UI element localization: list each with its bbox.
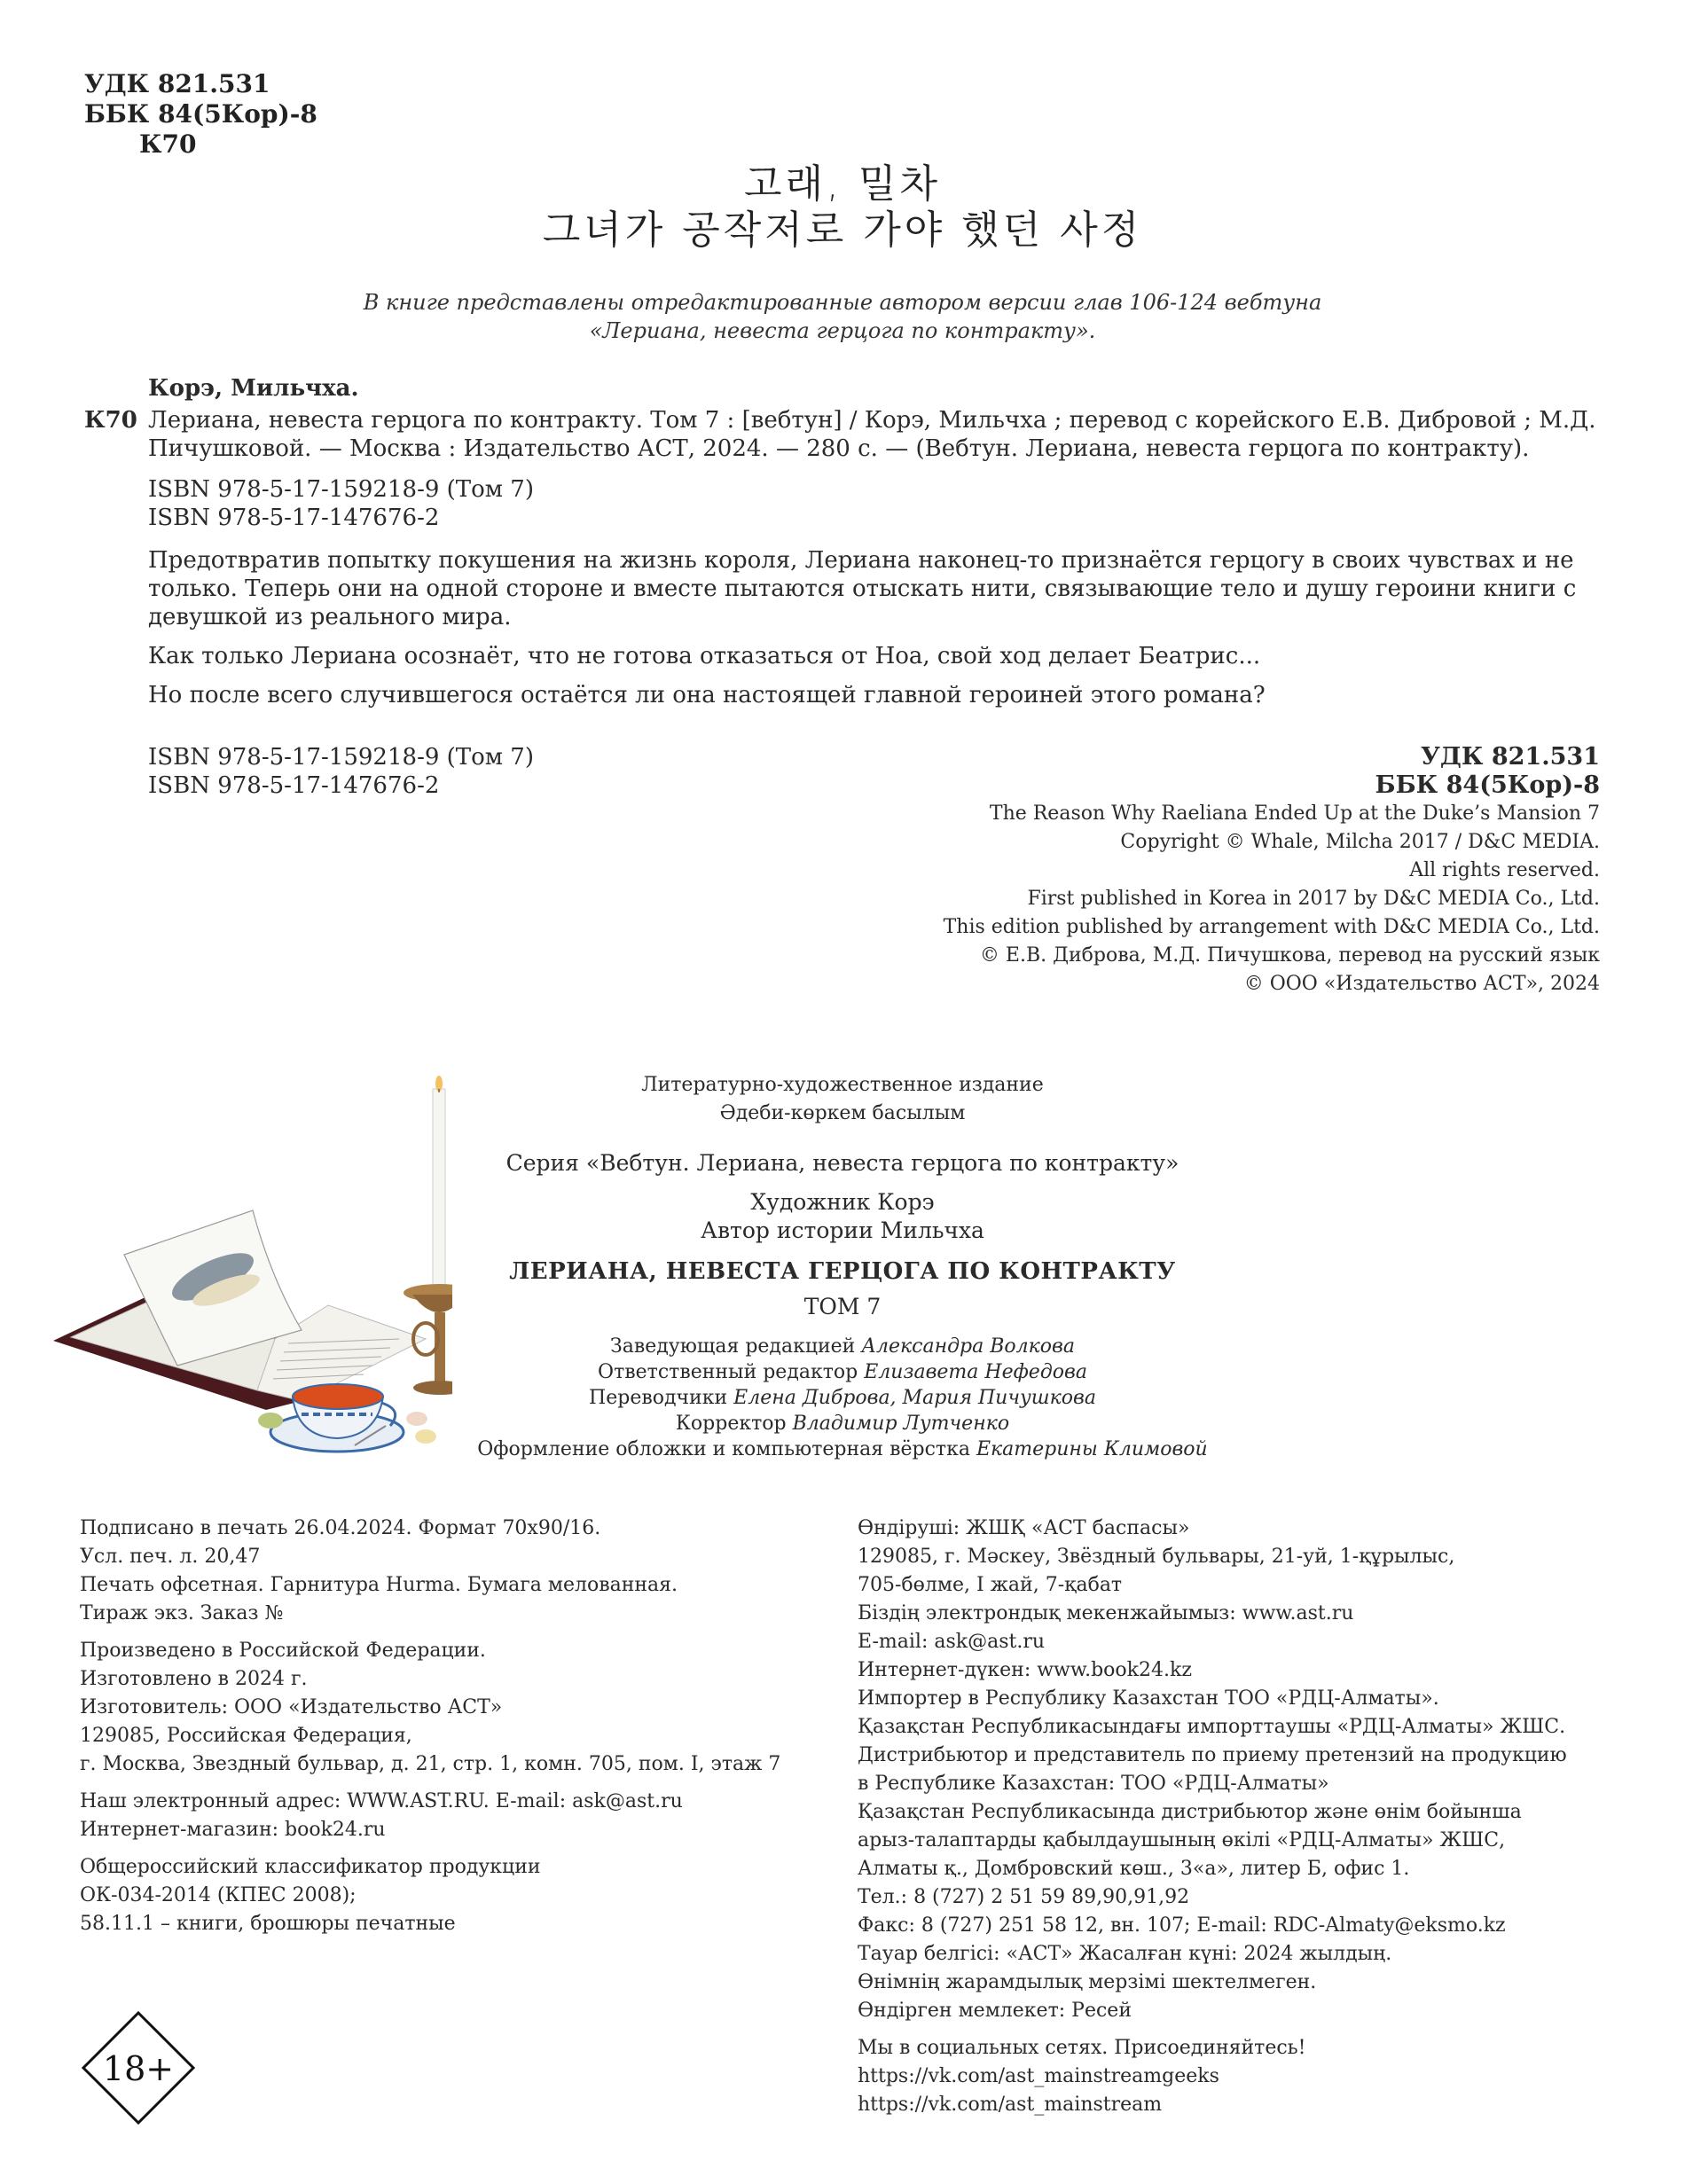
classification-codes: УДК 821.531 ББК 84(5Кор)-8 К70	[84, 69, 317, 160]
copyright-line: The Reason Why Raeliana Ended Up at the …	[944, 800, 1600, 828]
info-line: арыз-талаптарды қабылдаушының өкілі «РДЦ…	[858, 1827, 1620, 1855]
info-line: Өндірген мемлекет: Ресей	[858, 1997, 1620, 2025]
udk-code: УДК 821.531	[944, 743, 1600, 771]
staff-role: Ответственный редактор	[598, 1361, 858, 1383]
annotation-paragraph: Предотвратив попытку покушения на жизнь …	[148, 546, 1610, 631]
info-line: Подписано в печать 26.04.2024. Формат 70…	[80, 1515, 834, 1543]
copyright-block: УДК 821.531 ББК 84(5Кор)-8 The Reason Wh…	[944, 743, 1600, 998]
staff-credit: Ответственный редактор Елизавета Нефедов…	[443, 1359, 1242, 1385]
info-line: 705-бөлме, I жай, 7-қабат	[858, 1571, 1620, 1600]
info-line: ОК-034-2014 (КПЕС 2008);	[80, 1882, 834, 1910]
staff-role: Переводчики	[589, 1387, 727, 1409]
info-line: Өнімнің жарамдылық мерзімі шектелмеген.	[858, 1969, 1620, 1997]
classifier-info: Общероссийский классификатор продукции О…	[80, 1853, 834, 1938]
staff-credit: Заведующая редакцией Александра Волкова	[443, 1334, 1242, 1359]
info-line: Өндіруші: ЖШҚ «АСТ баспасы»	[858, 1515, 1620, 1543]
isbn-volume: ISBN 978-5-17-159218-9 (Том 7)	[148, 475, 1610, 504]
staff-name: Екатерины Климовой	[976, 1438, 1208, 1460]
info-line: 58.11.1 – книги, брошюры печатные	[80, 1910, 834, 1938]
copyright-line: First published in Korea in 2017 by D&C …	[944, 885, 1600, 913]
imprint-block: Литературно-художественное издание Әдеби…	[443, 1071, 1242, 1462]
info-line: Усл. печ. л. 20,47	[80, 1543, 834, 1571]
copyright-line: All rights reserved.	[944, 857, 1600, 885]
genre-ru: Литературно-художественное издание	[443, 1071, 1242, 1100]
record-isbn-list: ISBN 978-5-17-159218-9 (Том 7) ISBN 978-…	[84, 475, 1610, 532]
edition-note-line-1: В книге представлены отредактированные а…	[0, 288, 1685, 317]
info-line: Дистрибьютор и представитель по приему п…	[858, 1742, 1620, 1770]
info-line: Тауар белгісі: «АСТ» Жасалған күні: 2024…	[858, 1940, 1620, 1969]
copyright-line: © ООО «Издательство АСТ», 2024	[944, 970, 1600, 998]
korean-authors: 고래, 밀차	[0, 161, 1685, 207]
staff-role: Заведующая редакцией	[610, 1335, 855, 1358]
info-line: Тираж экз. Заказ №	[80, 1600, 834, 1628]
artist-credit: Художник Корэ	[443, 1188, 1242, 1217]
staff-role: Оформление обложки и компьютерная вёрстк…	[477, 1438, 970, 1460]
record-mark: К70	[84, 406, 148, 463]
info-line: Изготовлено в 2024 г.	[80, 1665, 834, 1694]
info-line: в Республике Казахстан: ТОО «РДЦ-Алматы»	[858, 1770, 1620, 1798]
info-line: Наш электронный адрес: WWW.AST.RU. E-mai…	[80, 1788, 834, 1816]
copyright-line: Copyright © Whale, Milcha 2017 / D&C MED…	[944, 828, 1600, 857]
info-line: Интернет-магазин: book24.ru	[80, 1816, 834, 1844]
story-author-credit: Автор истории Мильчха	[443, 1217, 1242, 1245]
social-networks: Мы в социальных сетях. Присоединяйтесь! …	[858, 2034, 1620, 2119]
edition-note-line-2: «Лериана, невеста герцога по контракту».	[0, 317, 1685, 345]
age-rating-badge: 18+	[82, 2011, 195, 2125]
info-line: E-mail: ask@ast.ru	[858, 1628, 1620, 1656]
info-line: Печать офсетная. Гарнитура Hurma. Бумага…	[80, 1571, 834, 1600]
staff-credit: Оформление обложки и компьютерная вёрстк…	[443, 1436, 1242, 1462]
info-line: 129085, Российская Федерация,	[80, 1722, 834, 1750]
isbn-series: ISBN 978-5-17-147676-2	[148, 504, 1610, 532]
print-specs: Подписано в печать 26.04.2024. Формат 70…	[80, 1515, 834, 1628]
annotation: Предотвратив попытку покушения на жизнь …	[84, 546, 1610, 709]
info-line: г. Москва, Звездный бульвар, д. 21, стр.…	[80, 1750, 834, 1779]
record-entry: К70 Лериана, невеста герцога по контракт…	[84, 406, 1610, 463]
info-line: Произведено в Российской Федерации.	[80, 1637, 834, 1665]
info-line: Факс: 8 (727) 251 58 12, вн. 107; E-mail…	[858, 1912, 1620, 1940]
staff-credit: Переводчики Елена Диброва, Мария Пичушко…	[443, 1385, 1242, 1411]
record-author: Корэ, Мильчха.	[84, 374, 1610, 403]
copyright-line: This edition published by arrangement wi…	[944, 913, 1600, 942]
korean-original-title: 고래, 밀차 그녀가 공작저로 가야 했던 사정	[0, 161, 1685, 254]
author-mark: К70	[84, 129, 317, 160]
annotation-paragraph: Как только Лериана осознаёт, что не гото…	[148, 642, 1610, 670]
info-line: Импортер в Республику Казахстан ТОО «РДЦ…	[858, 1685, 1620, 1713]
isbn-series: ISBN 978-5-17-147676-2	[148, 771, 534, 800]
age-rating-text: 18+	[103, 2049, 174, 2088]
info-line: Интернет-дүкен: www.book24.kz	[858, 1656, 1620, 1685]
record-description: Лериана, невеста герцога по контракту. Т…	[148, 406, 1610, 463]
isbn-volume: ISBN 978-5-17-159218-9 (Том 7)	[148, 743, 534, 771]
info-line: Изготовитель: ООО «Издательство АСТ»	[80, 1694, 834, 1722]
print-info: Подписано в печать 26.04.2024. Формат 70…	[80, 1515, 834, 1947]
info-line: Тел.: 8 (727) 2 51 59 89,90,91,92	[858, 1883, 1620, 1912]
info-line: Алматы қ., Домбровский көш., 3«а», литер…	[858, 1855, 1620, 1883]
info-line: Қазақстан Республикасында дистрибьютор ж…	[858, 1798, 1620, 1827]
volume-number: ТОМ 7	[443, 1289, 1242, 1325]
social-link-mainstreamgeeks[interactable]: https://vk.com/ast_mainstreamgeeks	[858, 2065, 1219, 2087]
manufacturer-info: Произведено в Российской Федерации. Изго…	[80, 1637, 834, 1779]
staff-name: Александра Волкова	[861, 1335, 1075, 1358]
korean-title: 그녀가 공작저로 가야 했던 사정	[0, 207, 1685, 254]
book-title: ЛЕРИАНА, НЕВЕСТА ГЕРЦОГА ПО КОНТРАКТУ	[443, 1254, 1242, 1289]
info-line: Общероссийский классификатор продукции	[80, 1853, 834, 1882]
bibliographic-record: Корэ, Мильчха. К70 Лериана, невеста герц…	[84, 374, 1610, 709]
info-line: Біздің электрондық мекенжайымыз: www.ast…	[858, 1600, 1620, 1628]
info-line: 129085, г. Мәскеу, Звёздный бульвары, 21…	[858, 1543, 1620, 1571]
staff-name: Владимир Лутченко	[793, 1413, 1009, 1435]
social-link-mainstream[interactable]: https://vk.com/ast_mainstream	[858, 2094, 1162, 2116]
edition-note: В книге представлены отредактированные а…	[0, 288, 1685, 345]
annotation-paragraph: Но после всего случившегося остаётся ли …	[148, 681, 1610, 709]
staff-credit: Корректор Владимир Лутченко	[443, 1411, 1242, 1436]
contact-info: Наш электронный адрес: WWW.AST.RU. E-mai…	[80, 1788, 834, 1844]
isbn-footer: ISBN 978-5-17-159218-9 (Том 7) ISBN 978-…	[148, 743, 534, 800]
bbk-code: ББК 84(5Кор)-8	[944, 771, 1600, 800]
book-candle-tea-illustration	[35, 1073, 452, 1463]
copyright-line: © Е.В. Диброва, М.Д. Пичушкова, перевод …	[944, 942, 1600, 970]
kazakhstan-info: Өндіруші: ЖШҚ «АСТ баспасы» 129085, г. М…	[858, 1515, 1620, 2128]
kz-details: Өндіруші: ЖШҚ «АСТ баспасы» 129085, г. М…	[858, 1515, 1620, 2025]
genre-kz: Әдеби-көркем басылым	[443, 1100, 1242, 1128]
staff-name: Елена Диброва, Мария Пичушкова	[733, 1387, 1096, 1409]
social-heading: Мы в социальных сетях. Присоединяйтесь!	[858, 2034, 1620, 2063]
staff-role: Корректор	[676, 1413, 787, 1435]
bbk-code: ББК 84(5Кор)-8	[84, 99, 317, 129]
staff-name: Елизавета Нефедова	[864, 1361, 1087, 1383]
info-line: Қазақстан Республикасындағы импорттаушы …	[858, 1713, 1620, 1742]
udk-code: УДК 821.531	[84, 69, 317, 99]
series-name: Серия «Вебтун. Лериана, невеста герцога …	[443, 1147, 1242, 1179]
diamond-icon: 18+	[82, 2011, 195, 2125]
